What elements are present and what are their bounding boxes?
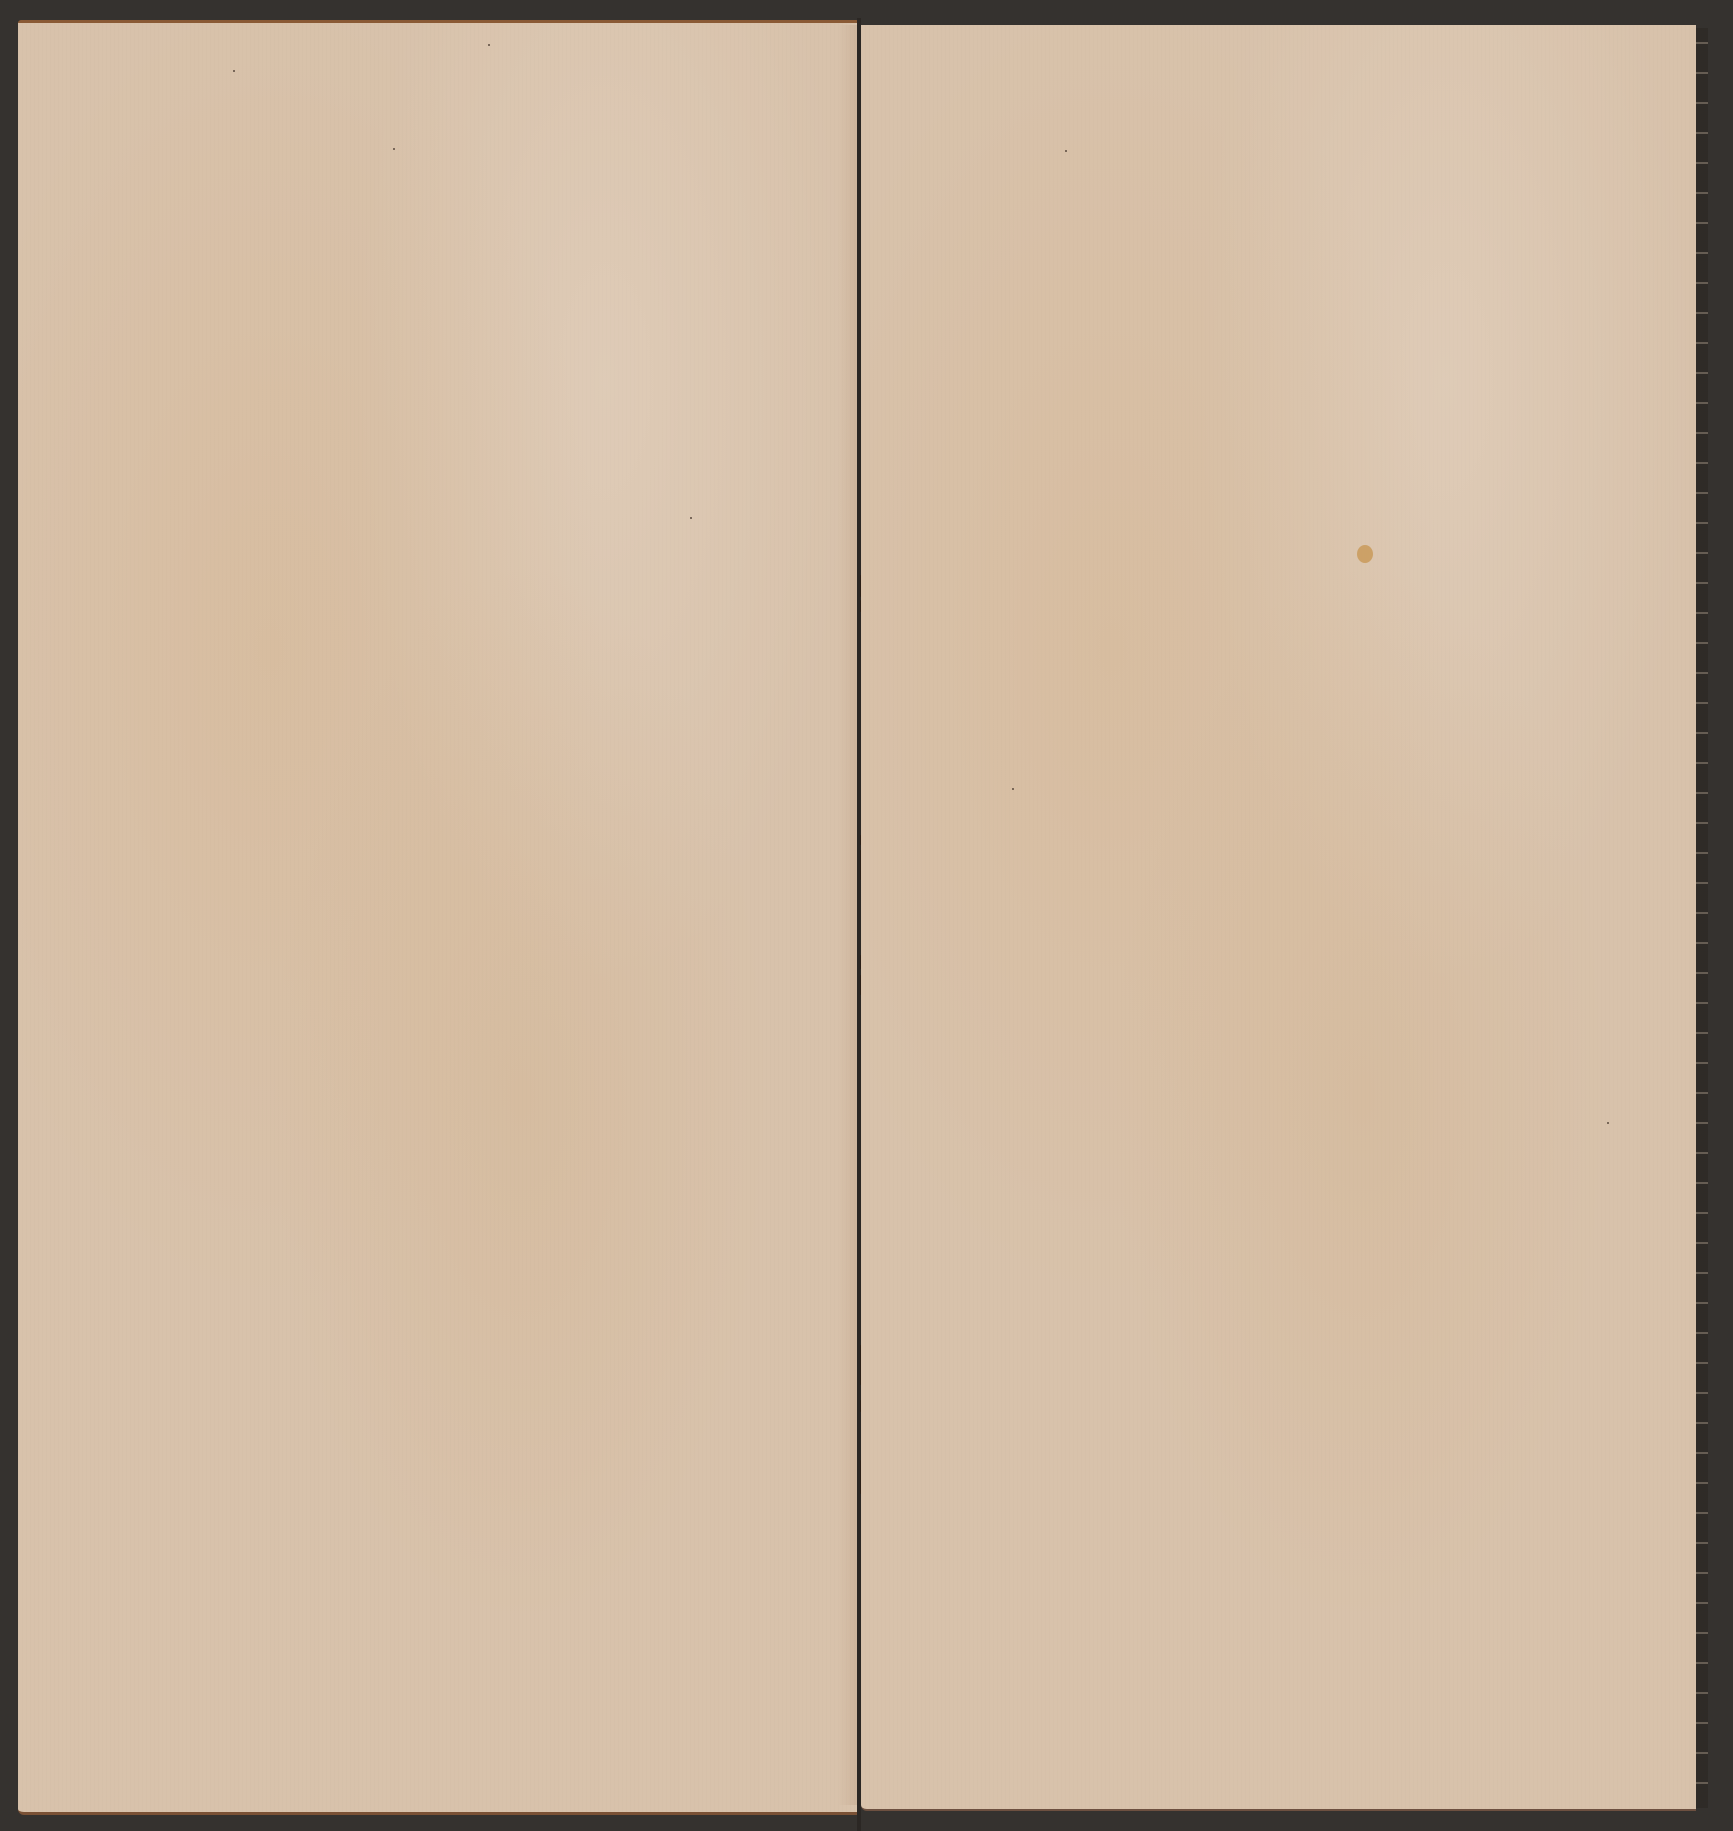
paper-speck xyxy=(690,517,692,519)
paper-speck xyxy=(393,148,395,150)
paper-speck xyxy=(233,70,235,72)
paper-speck xyxy=(1012,788,1014,790)
paper-speck xyxy=(488,44,490,46)
frayed-binding-edge xyxy=(1696,28,1708,1808)
gutter-shadow xyxy=(838,25,858,1805)
paper-speck xyxy=(1607,1122,1609,1124)
paper-speck xyxy=(1065,150,1067,152)
paper-stain xyxy=(1357,545,1373,563)
left-page xyxy=(18,20,857,1815)
right-page xyxy=(861,25,1696,1811)
